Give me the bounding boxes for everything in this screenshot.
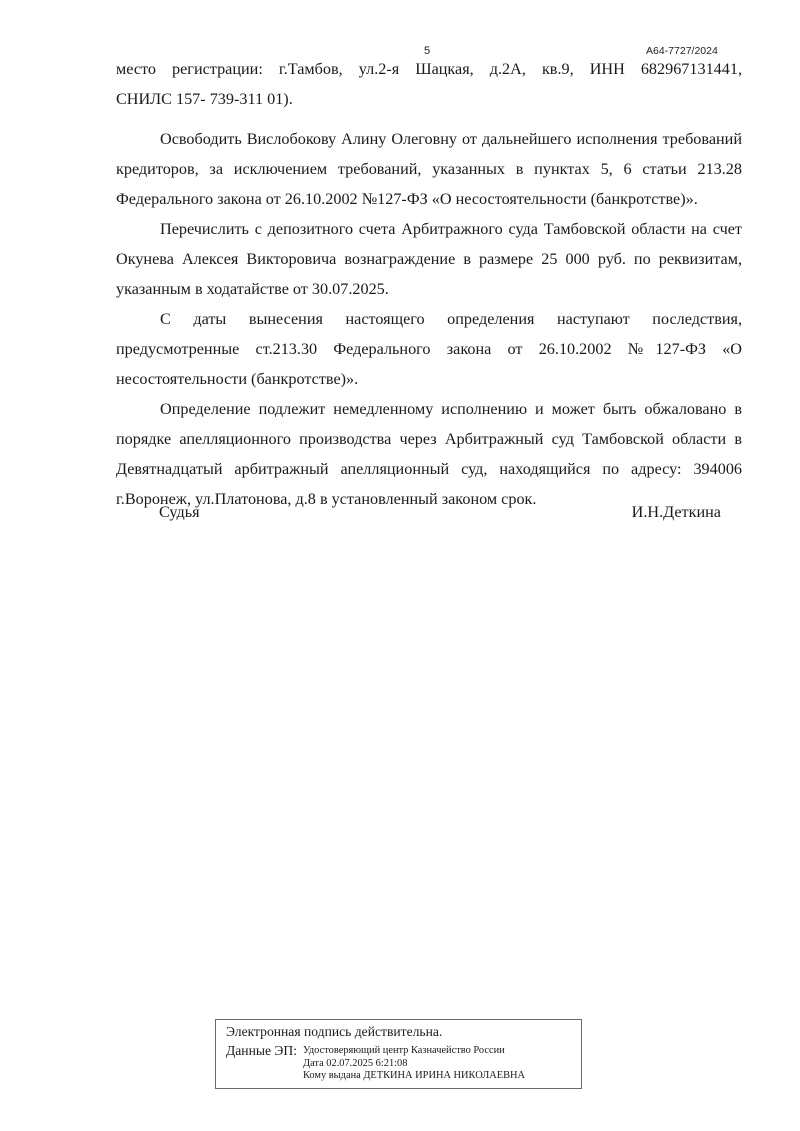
text-line: Освободить Вислобокову Алину Олеговну от… <box>116 124 742 154</box>
paragraph-consequences: С даты вынесения настоящего определения … <box>116 304 742 394</box>
text-line: Окунева Алексея Викторовича вознагражден… <box>116 244 742 274</box>
text-line: С даты вынесения настоящего определения … <box>116 304 742 334</box>
signer-name: И.Н.Деткина <box>632 503 721 522</box>
text-line: Определение подлежит немедленному исполн… <box>116 394 742 424</box>
signature-data-details: Удостоверяющий центр Казначейство России… <box>303 1044 525 1083</box>
signature-data: Данные ЭП: Удостоверяющий центр Казначей… <box>226 1044 571 1083</box>
signature-data-label: Данные ЭП: <box>226 1044 303 1083</box>
text-line: место регистрации: г.Тамбов, ул.2-я Шацк… <box>116 54 742 84</box>
paragraph-transfer: Перечислить с депозитного счета Арбитраж… <box>116 214 742 304</box>
text-line: несостоятельности (банкротстве)». <box>116 364 742 394</box>
signature-status: Электронная подпись действительна. <box>226 1023 571 1041</box>
text-line: СНИЛС 157- 739-311 01). <box>116 84 742 114</box>
signature-date: Дата 02.07.2025 6:21:08 <box>303 1058 525 1071</box>
text-line: Федерального закона от 26.10.2002 №127-Ф… <box>116 184 742 214</box>
text-line: Девятнадцатый арбитражный апелляционный … <box>116 454 742 484</box>
document-body: место регистрации: г.Тамбов, ул.2-я Шацк… <box>116 54 742 514</box>
signature-issuer: Удостоверяющий центр Казначейство России <box>303 1045 525 1058</box>
signature-issued-to: Кому выдана ДЕТКИНА ИРИНА НИКОЛАЕВНА <box>303 1070 525 1083</box>
paragraph-appeal: Определение подлежит немедленному исполн… <box>116 394 742 514</box>
text-line: предусмотренные ст.213.30 Федерального з… <box>116 334 742 364</box>
text-line: кредиторов, за исключением требований, у… <box>116 154 742 184</box>
text-line: указанным в ходатайстве от 30.07.2025. <box>116 274 742 304</box>
text-line: порядке апелляционного производства чере… <box>116 424 742 454</box>
signature-block: Судья И.Н.Деткина <box>159 503 721 522</box>
paragraph-release: Освободить Вислобокову Алину Олеговну от… <box>116 124 742 214</box>
text-line: Перечислить с депозитного счета Арбитраж… <box>116 214 742 244</box>
signer-title: Судья <box>159 503 200 522</box>
paragraph-registration: место регистрации: г.Тамбов, ул.2-я Шацк… <box>116 54 742 114</box>
electronic-signature-stamp: Электронная подпись действительна. Данны… <box>215 1019 582 1089</box>
